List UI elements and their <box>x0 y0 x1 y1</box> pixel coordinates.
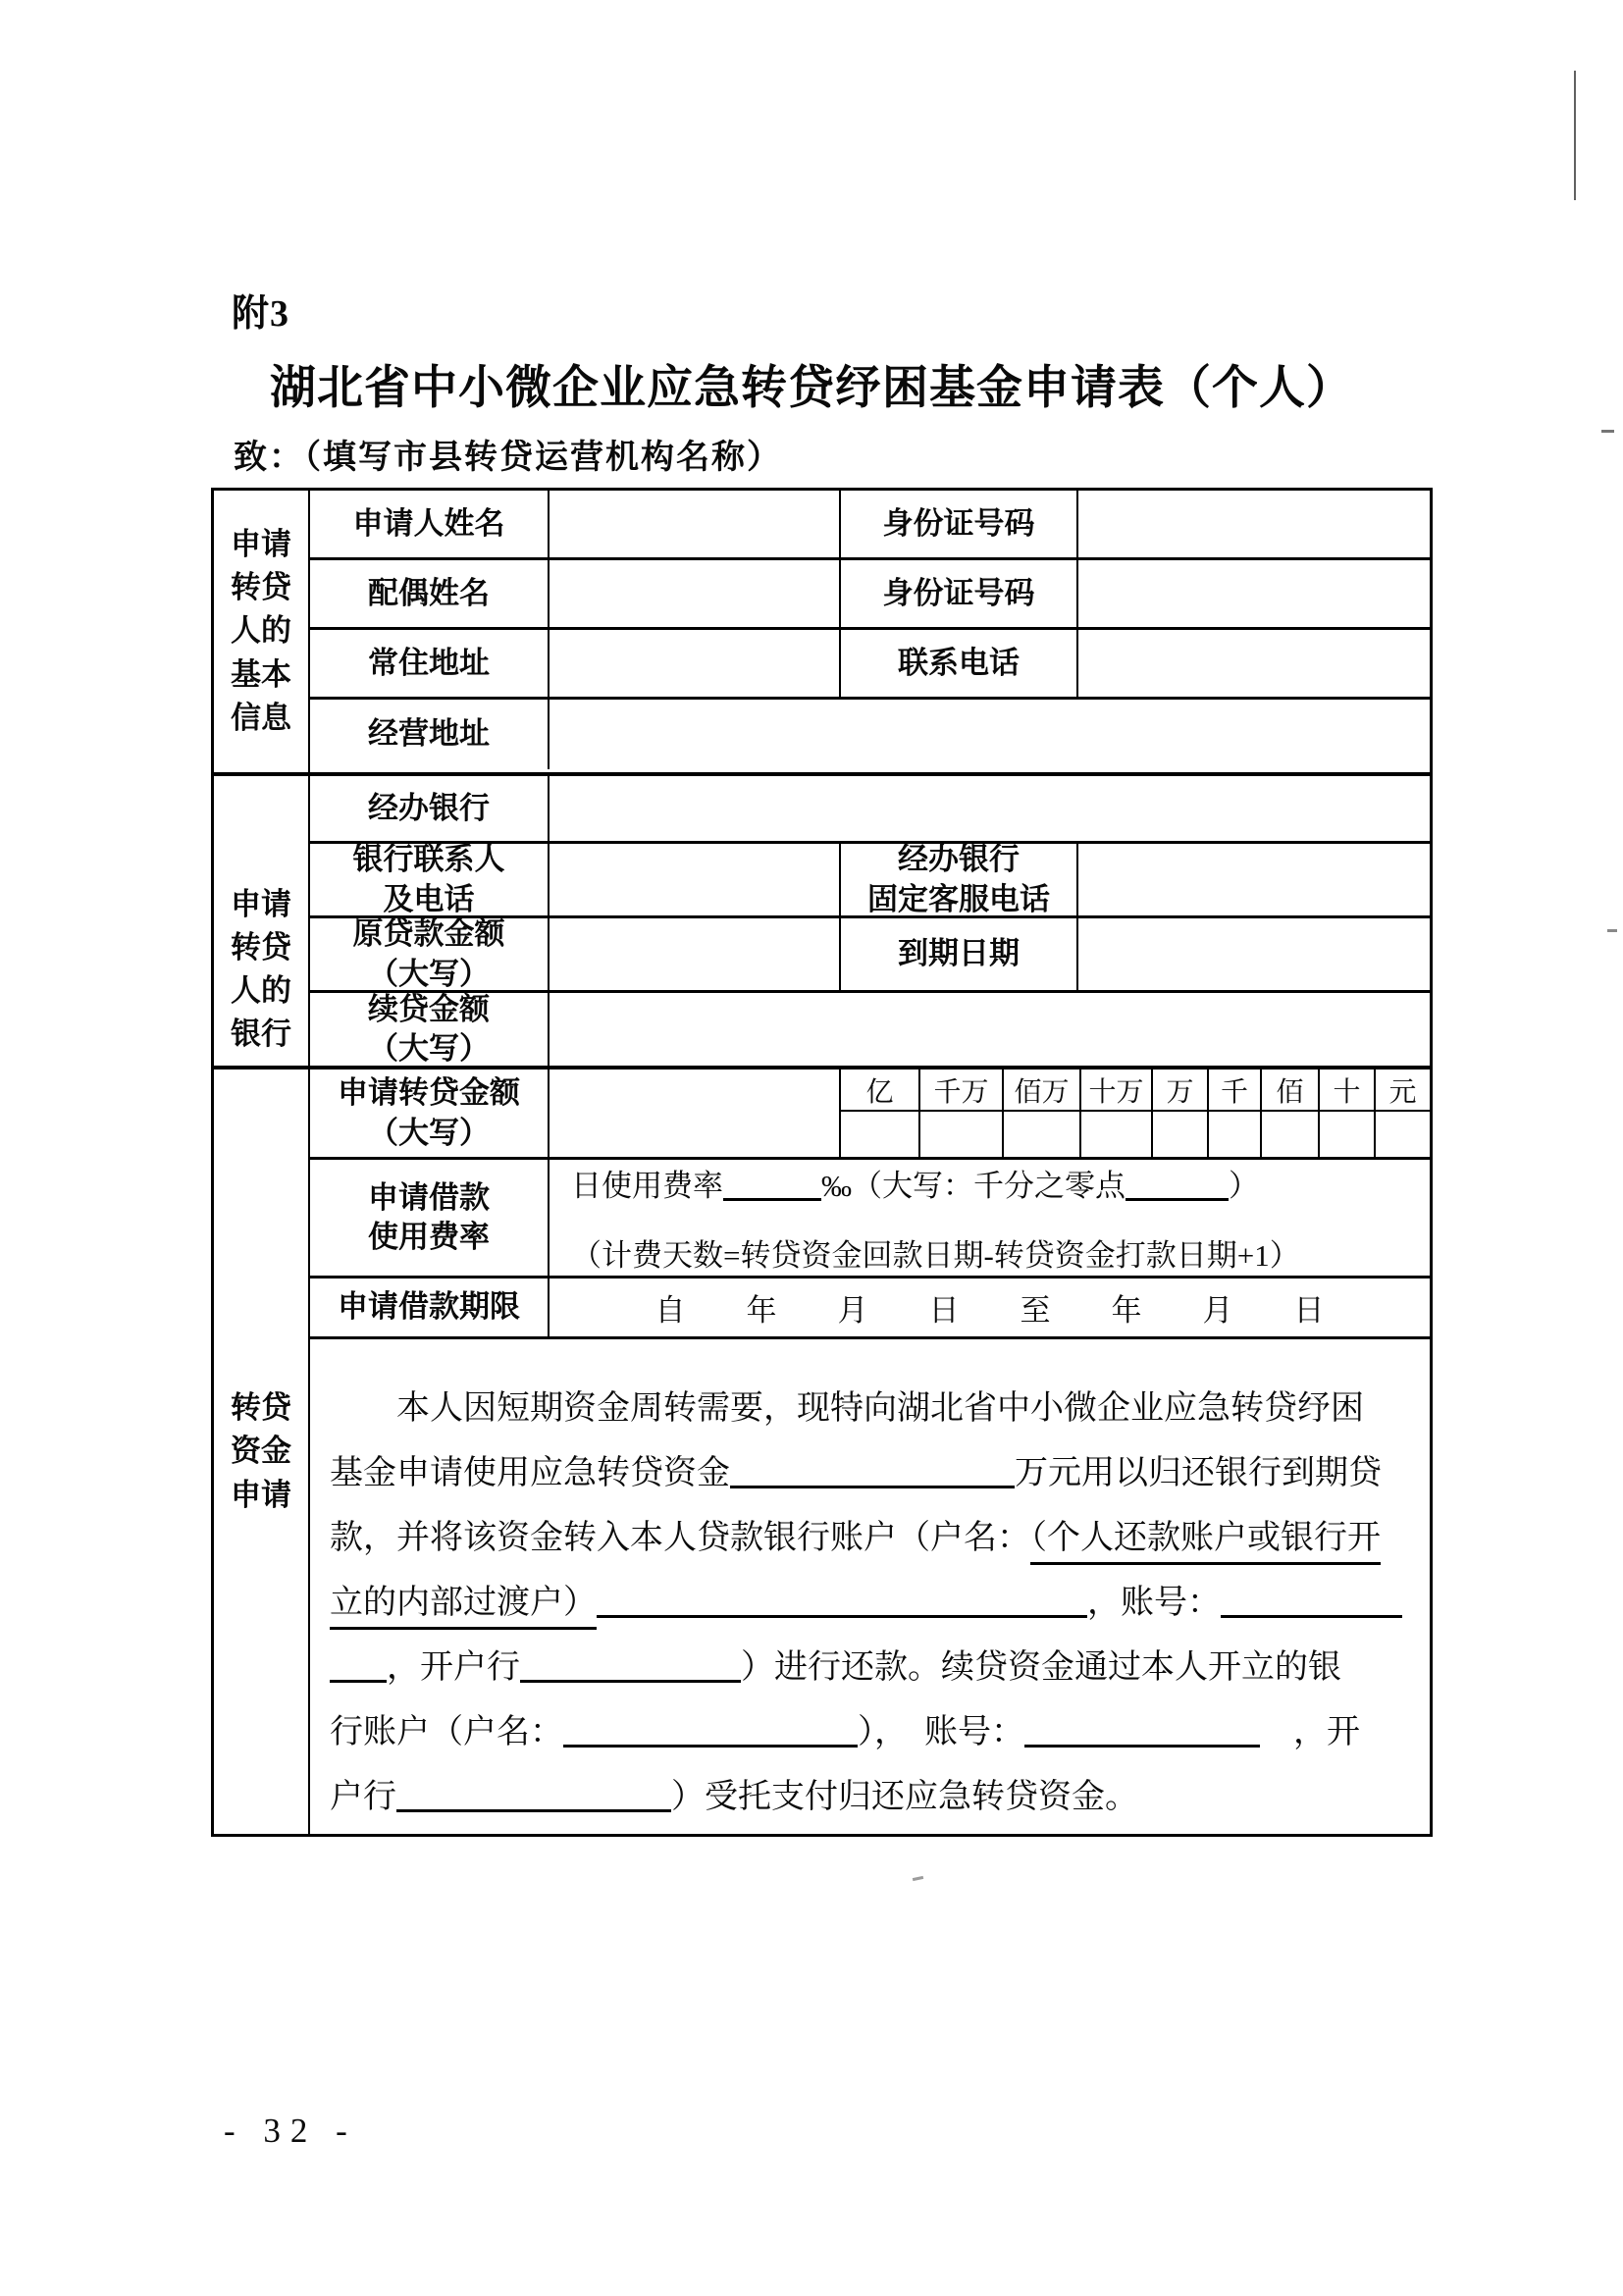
row-business-address: 经营地址 <box>310 700 1430 769</box>
text-segment: ）进行还款。续贷资金通过本人开立的银 <box>741 1649 1341 1686</box>
fill-in-blank <box>1024 1743 1260 1748</box>
bank-contact-label: 银行联系人 及电话 <box>310 844 550 915</box>
digit-col-qianwan: 千万 <box>920 1070 1004 1112</box>
digit-col-baiwan: 佰万 <box>1004 1070 1081 1112</box>
section-bank: 申请 转贷 人的 银行 经办银行 银行联系人 及电话 经办银行 固定客服电话 原… <box>214 772 1430 1066</box>
row-fee-rate: 申请借款 使用费率 日使用费率‰（大写：千分之零点） （计费天数=转贷资金回款日… <box>310 1160 1430 1278</box>
fill-in-blank <box>520 1678 741 1683</box>
scan-artifact-dash <box>1601 430 1614 433</box>
digit-value-cell <box>1376 1112 1430 1157</box>
declaration-paragraph: 本人因短期资金周转需要，现特向湖北省中小微企业应急转贷纾困 基金申请使用应急转贷… <box>310 1339 1430 1834</box>
section-bank-header: 申请 转贷 人的 银行 <box>214 776 310 1066</box>
page-number: - 32 - <box>224 2112 357 2151</box>
row-handling-bank: 经办银行 <box>310 776 1430 844</box>
fill-in-blank <box>723 1196 821 1201</box>
renewal-loan-amount-value-cell <box>550 993 1430 1066</box>
business-address-label: 经营地址 <box>310 700 550 769</box>
text-segment: 行账户（户名： <box>330 1714 563 1750</box>
text-segment: （个人还款账户或银行开 <box>1030 1520 1381 1565</box>
text-segment: 款，并将该资金转入本人贷款银行账户（户名： <box>330 1520 1030 1556</box>
text-segment: 基金申请使用应急转贷资金 <box>330 1455 730 1491</box>
digit-col-shi: 十 <box>1320 1070 1376 1112</box>
spouse-name-label: 配偶姓名 <box>310 560 550 627</box>
row-original-loan: 原贷款金额 （大写） 到期日期 <box>310 918 1430 993</box>
text-segment: ）受托支付归还应急转贷资金。 <box>671 1779 1138 1815</box>
digit-value-cell <box>920 1112 1004 1157</box>
addressee-line: 致：（填写市县转贷运营机构名称） <box>234 430 782 478</box>
digit-value-cell <box>1209 1112 1262 1157</box>
applicant-name-value-cell <box>550 491 841 557</box>
bank-service-phone-label: 经办银行 固定客服电话 <box>841 844 1078 915</box>
row-relending-amount: 申请转贷金额 （大写） 亿 千万 佰万 十万 万 千 佰 十 元 <box>310 1070 1430 1160</box>
fee-rate-line1: 日使用费率‰（大写：千分之零点） <box>571 1161 1259 1205</box>
relending-amount-value-cell <box>550 1070 841 1157</box>
fill-in-blank <box>396 1807 671 1812</box>
digit-col-wan: 万 <box>1153 1070 1209 1112</box>
section-fund-application: 转贷 资金 申请 申请转贷金额 （大写） 亿 千万 佰万 十万 万 千 佰 十 … <box>214 1066 1430 1834</box>
fee-rate-content: 日使用费率‰（大写：千分之零点） （计费天数=转贷资金回款日期-转贷资金打款日期… <box>550 1160 1430 1276</box>
digit-col-bai: 佰 <box>1262 1070 1320 1112</box>
due-date-label: 到期日期 <box>841 918 1078 990</box>
row-renewal-loan: 续贷金额 （大写） <box>310 993 1430 1066</box>
declaration-line-6: 行账户（户名：）， 账号： ，开 <box>330 1704 1410 1769</box>
fill-in-blank <box>563 1743 858 1748</box>
digit-col-yi: 亿 <box>841 1070 920 1112</box>
bank-service-phone-value-cell <box>1078 844 1430 915</box>
row-bank-contact: 银行联系人 及电话 经办银行 固定客服电话 <box>310 844 1430 918</box>
applicant-id-value-cell <box>1078 491 1430 557</box>
applicant-id-label: 身份证号码 <box>841 491 1078 557</box>
original-loan-amount-label: 原贷款金额 （大写） <box>310 918 550 990</box>
declaration-line-2: 基金申请使用应急转贷资金万元用以归还银行到期贷 <box>330 1445 1410 1510</box>
scan-artifact-line <box>1574 71 1576 200</box>
original-loan-amount-value-cell <box>550 918 841 990</box>
text-segment: 户行 <box>330 1779 396 1815</box>
spouse-id-value-cell <box>1078 560 1430 627</box>
fee-rate-line2: （计费天数=转贷资金回款日期-转贷资金打款日期+1） <box>571 1230 1300 1275</box>
loan-term-label: 申请借款期限 <box>310 1278 550 1336</box>
declaration-line-1: 本人因短期资金周转需要，现特向湖北省中小微企业应急转贷纾困 <box>330 1381 1410 1445</box>
spouse-id-label: 身份证号码 <box>841 560 1078 627</box>
document-page: 附3 湖北省中小微企业应急转贷纾困基金申请表（个人） 致：（填写市县转贷运营机构… <box>0 0 1623 2296</box>
declaration-line-5: ，开户行）进行还款。续贷资金通过本人开立的银 <box>330 1640 1410 1704</box>
row-spouse-name: 配偶姓名 身份证号码 <box>310 560 1430 630</box>
digit-col-qian: 千 <box>1209 1070 1262 1112</box>
text-segment: 万元用以归还银行到期贷 <box>1015 1455 1382 1491</box>
contact-phone-label: 联系电话 <box>841 630 1078 697</box>
residence-address-label: 常住地址 <box>310 630 550 697</box>
row-declaration: 本人因短期资金周转需要，现特向湖北省中小微企业应急转贷纾困 基金申请使用应急转贷… <box>310 1339 1430 1834</box>
loan-term-value: 自 年 月 日 至 年 月 日 <box>550 1278 1430 1336</box>
handling-bank-label: 经办银行 <box>310 776 550 841</box>
due-date-value-cell <box>1078 918 1430 990</box>
text-segment: 本人因短期资金周转需要，现特向湖北省中小微企业应急转贷纾困 <box>330 1390 1364 1427</box>
text-segment: 立的内部过渡户） <box>330 1585 597 1630</box>
digit-value-cell <box>1153 1112 1209 1157</box>
row-applicant-name: 申请人姓名 身份证号码 <box>310 491 1430 560</box>
contact-phone-value-cell <box>1078 630 1430 697</box>
digit-col-yuan: 元 <box>1376 1070 1430 1112</box>
spouse-name-value-cell <box>550 560 841 627</box>
amount-digit-grid: 亿 千万 佰万 十万 万 千 佰 十 元 <box>841 1070 1430 1157</box>
declaration-line-7: 户行）受托支付归还应急转贷资金。 <box>330 1769 1410 1834</box>
digit-value-cell <box>1262 1112 1320 1157</box>
section-basic-info-header: 申请 转贷 人的 基本 信息 <box>214 491 310 772</box>
digit-value-cell <box>841 1112 920 1157</box>
text-segment: ，开户行 <box>387 1649 520 1686</box>
text-segment: ）， 账号： <box>858 1714 1024 1750</box>
fill-in-blank <box>597 1613 1087 1618</box>
business-address-value-cell <box>550 700 1430 769</box>
bank-contact-value-cell <box>550 844 841 915</box>
digit-value-cell <box>1320 1112 1376 1157</box>
text-segment: ） <box>1229 1169 1259 1203</box>
row-residence-address: 常住地址 联系电话 <box>310 630 1430 700</box>
applicant-name-label: 申请人姓名 <box>310 491 550 557</box>
scan-artifact-dash <box>1607 929 1617 932</box>
declaration-line-3: 款，并将该资金转入本人贷款银行账户（户名：（个人还款账户或银行开 <box>330 1510 1410 1575</box>
attachment-label: 附3 <box>232 283 289 337</box>
renewal-loan-amount-label: 续贷金额 （大写） <box>310 993 550 1066</box>
application-form-table: 申请 转贷 人的 基本 信息 申请人姓名 身份证号码 配偶姓名 身份证号码 常住… <box>211 488 1433 1837</box>
section-fund-application-header: 转贷 资金 申请 <box>214 1070 310 1834</box>
text-segment: ，开 <box>1260 1714 1360 1750</box>
fill-in-blank <box>1126 1196 1229 1201</box>
fee-rate-label: 申请借款 使用费率 <box>310 1160 550 1276</box>
row-loan-term: 申请借款期限 自 年 月 日 至 年 月 日 <box>310 1278 1430 1339</box>
handling-bank-value-cell <box>550 776 1430 841</box>
text-segment: ，账号： <box>1087 1585 1221 1621</box>
text-segment: 日使用费率 <box>571 1169 723 1203</box>
scan-artifact-smudge <box>913 1876 923 1881</box>
relending-amount-label: 申请转贷金额 （大写） <box>310 1070 550 1157</box>
digit-value-cell <box>1081 1112 1153 1157</box>
text-segment: ‰（大写：千分之零点 <box>821 1169 1126 1203</box>
section-basic-info: 申请 转贷 人的 基本 信息 申请人姓名 身份证号码 配偶姓名 身份证号码 常住… <box>214 491 1430 772</box>
fill-in-blank <box>730 1484 1015 1488</box>
declaration-line-4: 立的内部过渡户），账号： <box>330 1575 1410 1640</box>
digit-col-shiwan: 十万 <box>1081 1070 1153 1112</box>
residence-address-value-cell <box>550 630 841 697</box>
page-title: 湖北省中小微企业应急转贷纾困基金申请表（个人） <box>0 351 1623 417</box>
fill-in-blank <box>1221 1613 1402 1618</box>
digit-value-cell <box>1004 1112 1081 1157</box>
fill-in-blank <box>330 1678 387 1683</box>
